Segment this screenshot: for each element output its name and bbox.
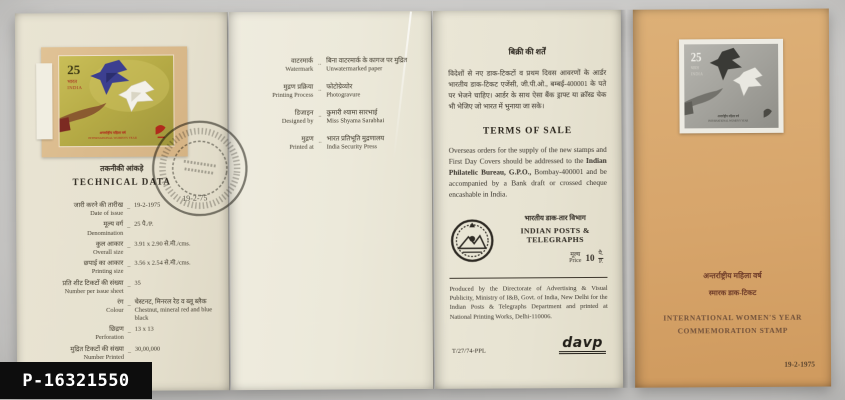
davp-logo: davp bbox=[559, 336, 606, 354]
table-row: मुद्रण प्रक्रियाPrinting Process .. फोटो… bbox=[241, 83, 421, 100]
stamp-caption-hindi: अन्तर्राष्ट्रीय महिला वर्ष bbox=[717, 114, 739, 118]
product-id-text: P-16321550 bbox=[22, 371, 129, 391]
table-row: मुद्रित टिकटों की संख्याNumber Printed –… bbox=[25, 345, 224, 362]
stamp-caption-hindi: अन्तर्राष्ट्रीय महिला वर्ष bbox=[100, 130, 127, 135]
row-value-english: India Security Press bbox=[327, 143, 422, 151]
table-row: मुद्रणPrinted at .. भारत प्रतिभूति मुद्र… bbox=[242, 135, 422, 152]
terms-heading-hindi: बिक्री की शर्तें bbox=[448, 46, 606, 58]
row-separator: .. bbox=[313, 83, 326, 92]
department-block: भारतीय डाक-तार विभाग INDIAN POSTS & TELE… bbox=[449, 214, 607, 267]
cover-stamp-frame: 25 भारत INDIA अन्तर्राष्ट्रीय महिला वर्ष… bbox=[679, 39, 784, 134]
row-value: Chestnut, mineral red and blue black bbox=[135, 306, 224, 322]
department-name-hindi: भारतीय डाक-तार विभाग bbox=[503, 214, 607, 224]
produced-by-text: Produced by the Directorate of Advertisi… bbox=[450, 284, 608, 322]
row-value: 35 bbox=[134, 279, 223, 287]
panel-cover: 25 भारत INDIA अन्तर्राष्ट्रीय महिला वर्ष… bbox=[633, 9, 831, 388]
row-separator: – bbox=[123, 279, 134, 289]
row-label-english: Watermark bbox=[241, 66, 313, 74]
terms-heading-english: TERMS OF SALE bbox=[449, 126, 607, 137]
stamp-caption-english: INTERNATIONAL WOMEN'S YEAR bbox=[88, 136, 138, 140]
row-value: 3.91 x 2.90 से.मी./cms. bbox=[134, 240, 223, 248]
cover-issue-date: 19-2-1975 bbox=[784, 360, 815, 369]
product-photo: 25 भारत INDIA अन्तर्राष्ट्रीय महिला वर्ष… bbox=[0, 0, 845, 400]
row-label-english: Overall size bbox=[24, 249, 123, 257]
department-name-english: INDIAN POSTS & TELEGRAPHS bbox=[503, 226, 607, 245]
row-value: 30,00,000 bbox=[135, 345, 224, 353]
row-separator: – bbox=[123, 202, 134, 212]
cover-title-english-2: COMMEMORATION STAMP bbox=[635, 324, 831, 339]
stamp-caption-english: INTERNATIONAL WOMEN'S YEAR bbox=[708, 119, 748, 122]
cover-title-hindi-2: स्मारक डाक-टिकट bbox=[635, 288, 831, 299]
row-value: 13 x 13 bbox=[135, 325, 224, 333]
stamp-denomination: 25 bbox=[67, 62, 81, 77]
stamp-selvage bbox=[36, 63, 52, 139]
stamp-country-english: INDIA bbox=[691, 71, 703, 76]
row-label-english: Number per issue sheet bbox=[25, 288, 124, 296]
table-row: प्रति शीट टिकटों की संख्याNumber per iss… bbox=[24, 279, 223, 296]
cover-titles: अन्तर्राष्ट्रीय महिला वर्ष स्मारक डाक-टि… bbox=[634, 271, 830, 339]
row-value-english: Unwatermarked paper bbox=[326, 65, 421, 73]
row-label-english: Printing Process bbox=[241, 92, 313, 100]
row-value-english: Photogravure bbox=[326, 91, 421, 99]
row-separator: .. bbox=[314, 135, 327, 144]
row-separator: – bbox=[123, 241, 134, 251]
price-label-english: Price bbox=[569, 258, 581, 265]
price-value: 10 bbox=[585, 253, 594, 263]
posts-telegraphs-emblem-icon bbox=[449, 218, 495, 264]
row-label-english: Colour bbox=[25, 307, 124, 315]
stamp-brochure: 25 भारत INDIA अन्तर्राष्ट्रीय महिला वर्ष… bbox=[15, 9, 831, 392]
stamp-denomination: 25 bbox=[691, 52, 702, 65]
row-separator: – bbox=[124, 345, 135, 355]
row-label-english: Perforation bbox=[25, 334, 124, 342]
row-value-hindi: बिना वाटरमार्क के कागज पर मुद्रित bbox=[326, 57, 421, 66]
cover-stamp-image: 25 भारत INDIA अन्तर्राष्ट्रीय महिला वर्ष… bbox=[684, 44, 779, 129]
row-separator: .. bbox=[313, 58, 326, 67]
table-row: डिजाइनDesigned by .. कुमारी श्यामा सारभा… bbox=[241, 109, 421, 126]
stamp-country-english: INDIA bbox=[67, 85, 82, 90]
product-id-badge: P-16321550 bbox=[0, 362, 152, 399]
row-value: 3.56 x 2.54 से.मी./cms. bbox=[134, 259, 223, 267]
row-separator: – bbox=[123, 221, 134, 231]
row-label-english: Number Printed bbox=[25, 354, 124, 362]
print-code: T/27/74-PPL bbox=[452, 348, 486, 355]
row-label-english: Date of issue bbox=[24, 210, 123, 218]
table-row: छिद्रणPerforation – 13 x 13 bbox=[25, 325, 224, 342]
row-label-hindi: मूल्य वर्ग bbox=[24, 221, 123, 230]
technical-data-table: जारी करने की तारीखDate of issue – 19-2-1… bbox=[24, 201, 224, 365]
price-unit-hindi: पै. bbox=[598, 251, 603, 257]
row-label-hindi: मुद्रित टिकटों की संख्या bbox=[25, 345, 124, 354]
terms-paragraph-hindi: विदेशों से नए डाक-टिकटों व प्रथम दिवस आव… bbox=[448, 68, 606, 112]
cover-title-hindi-1: अन्तर्राष्ट्रीय महिला वर्ष bbox=[634, 271, 830, 282]
divider-line bbox=[449, 277, 607, 279]
postmark-date: 19-2-75 bbox=[182, 193, 207, 203]
row-label-english: Denomination bbox=[24, 229, 123, 237]
price-line: मूल्यPrice 10 पै.P. bbox=[503, 251, 607, 266]
panel-printing-details: वाटरमार्कWatermark .. बिना वाटरमार्क के … bbox=[229, 11, 433, 390]
terms-paragraph-english: Overseas orders for the supply of the ne… bbox=[449, 145, 607, 201]
stamp-country-hindi: भारत bbox=[691, 65, 699, 70]
panel-terms-of-sale: बिक्री की शर्तें विदेशों से नए डाक-टिकटो… bbox=[433, 10, 623, 389]
table-row: कुल आकारOverall size – 3.91 x 2.90 से.मी… bbox=[24, 240, 223, 257]
row-value-english: Miss Shyama Sarabhai bbox=[326, 117, 421, 125]
row-separator: .. bbox=[313, 109, 326, 118]
printing-details-table: वाटरमार्कWatermark .. बिना वाटरमार्क के … bbox=[241, 57, 422, 162]
row-label-english: Printing size bbox=[24, 268, 123, 276]
row-separator: – bbox=[124, 299, 135, 309]
table-row: छपाई का आकारPrinting size – 3.56 x 2.54 … bbox=[24, 259, 223, 276]
row-separator: – bbox=[124, 326, 135, 336]
terms-text: Overseas orders for the supply of the ne… bbox=[449, 145, 607, 166]
postmark-cancellation-icon: 19-2-75 bbox=[143, 112, 256, 225]
row-separator: – bbox=[123, 260, 134, 270]
table-row: रंगColour – चेस्टनट, मिनरल रेड व ब्लू ब्… bbox=[25, 298, 224, 323]
price-unit-english: P. bbox=[598, 258, 603, 266]
table-row: वाटरमार्कWatermark .. बिना वाटरमार्क के … bbox=[241, 57, 421, 74]
cover-title-english-1: INTERNATIONAL WOMEN'S YEAR bbox=[635, 311, 831, 326]
